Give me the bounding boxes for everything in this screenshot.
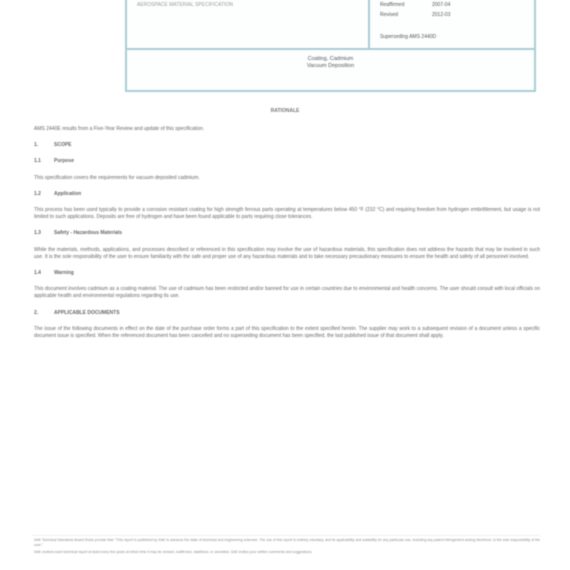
reaffirmed-row: Reaffirmed 2007-04 <box>380 2 450 8</box>
revised-value: 2012-03 <box>432 12 450 18</box>
section-number: 1.3 <box>34 230 44 237</box>
footer-line-2: SAE reviews each technical report at lea… <box>34 550 540 555</box>
footer-divider <box>32 535 540 536</box>
reaffirmed-label: Reaffirmed <box>380 2 420 8</box>
section-title: SCOPE <box>54 142 72 149</box>
document-body: AMS 2440E results from a Five-Year Revie… <box>34 126 540 349</box>
rationale-heading: RATIONALE <box>0 108 570 114</box>
section-number: 1.2 <box>34 191 44 198</box>
section-paragraph: The issue of the following documents in … <box>34 326 540 340</box>
header-left-cell: AEROSPACE MATERIAL SPECIFICATION <box>127 0 370 48</box>
section-heading: 1.SCOPE <box>34 142 540 149</box>
header-right-cell: Reaffirmed 2007-04 Revised 2012-03 Super… <box>370 0 534 48</box>
section-title: Warning <box>54 270 74 277</box>
reaffirmed-value: 2007-04 <box>432 2 450 8</box>
header-top-row: AEROSPACE MATERIAL SPECIFICATION Reaffir… <box>127 0 534 50</box>
header-left-text: AEROSPACE MATERIAL SPECIFICATION <box>137 2 233 8</box>
section-title: Safety - Hazardous Materials <box>54 230 122 237</box>
rationale-text: AMS 2440E results from a Five-Year Revie… <box>34 126 540 133</box>
footer-line-1: SAE Technical Standards Board Rules prov… <box>34 538 540 547</box>
section-title: APPLICABLE DOCUMENTS <box>54 310 120 317</box>
document-title: Coating, Cadmium Vacuum Deposition <box>127 56 534 70</box>
section-heading: 2.APPLICABLE DOCUMENTS <box>34 310 540 317</box>
header-box: AEROSPACE MATERIAL SPECIFICATION Reaffir… <box>125 0 536 92</box>
section-heading: 1.4Warning <box>34 270 540 277</box>
section-heading: 1.3Safety - Hazardous Materials <box>34 230 540 237</box>
section-paragraph: This process has been used typically to … <box>34 207 540 221</box>
section-number: 2. <box>34 310 44 317</box>
section-title: Purpose <box>54 158 74 165</box>
superseding-row: Superseding AMS 2440D <box>380 34 436 40</box>
section-paragraph: While the materials, methods, applicatio… <box>34 247 540 261</box>
section-heading: 1.2Application <box>34 191 540 198</box>
superseding-text: Superseding AMS 2440D <box>380 34 436 40</box>
section-heading: 1.1Purpose <box>34 158 540 165</box>
section-number: 1. <box>34 142 44 149</box>
section-paragraph: This document involves cadmium as a coat… <box>34 286 540 300</box>
section-number: 1.4 <box>34 270 44 277</box>
section-number: 1.1 <box>34 158 44 165</box>
footer: SAE Technical Standards Board Rules prov… <box>34 538 540 558</box>
document-page: AEROSPACE MATERIAL SPECIFICATION Reaffir… <box>0 0 570 570</box>
revised-label: Revised <box>380 12 420 18</box>
title-line-1: Coating, Cadmium <box>127 56 534 63</box>
section-paragraph: This specification covers the requiremen… <box>34 175 540 182</box>
revised-row: Revised 2012-03 <box>380 12 450 18</box>
title-line-2: Vacuum Deposition <box>127 63 534 70</box>
section-title: Application <box>54 191 81 198</box>
